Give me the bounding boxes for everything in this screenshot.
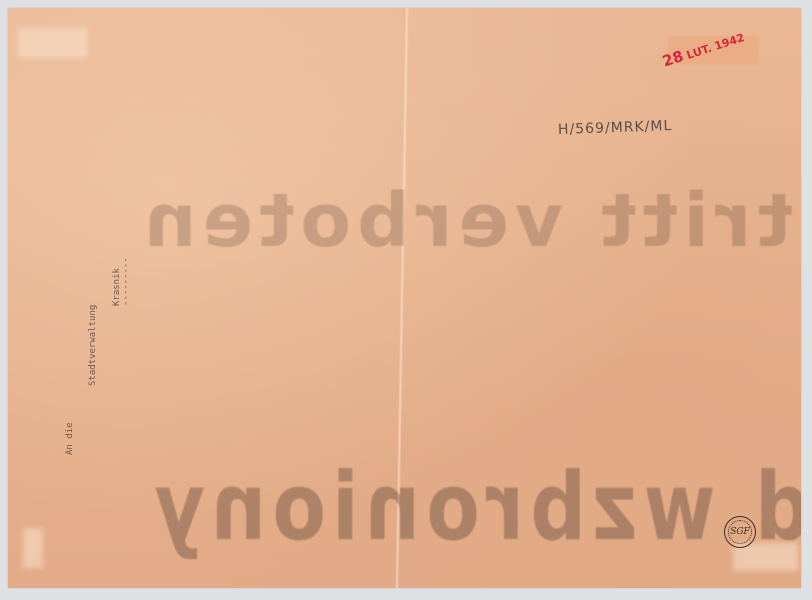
stamp-day: 28 [660, 47, 685, 71]
bleed-through-line-2: Eintritt verboten [138, 178, 801, 264]
handwritten-reference: H/569/MRK/ML [558, 118, 673, 138]
seal-monogram: SGF [730, 527, 750, 537]
collector-seal-stamp: SGF [724, 516, 756, 548]
stain [23, 528, 43, 568]
typed-address-line-1: An die [65, 422, 75, 455]
document-sheet: Eintritt verboten Wschód wzbroniony 28 L… [8, 8, 801, 588]
stain [18, 28, 88, 58]
typed-address-underline: --------- [121, 257, 131, 306]
bleed-through-line-4: Wschód wzbroniony [148, 454, 801, 562]
typed-address-line-2: Stadtverwaltung [88, 305, 98, 386]
